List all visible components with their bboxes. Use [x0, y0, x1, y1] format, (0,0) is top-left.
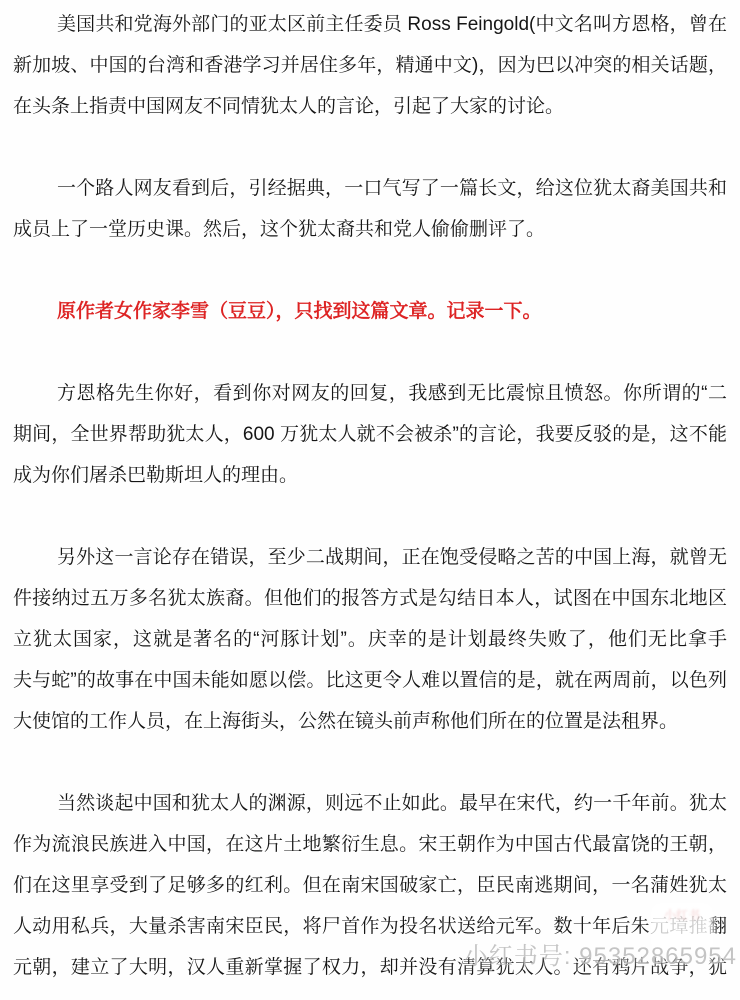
text-line: 期间，全世界帮助犹太人，600 万犹太人就不会被杀”的言论，我要反驳的是，这不能: [13, 414, 727, 455]
text-line: 立犹太国家，这就是著名的“河豚计划”。庆幸的是计划最终失败了，他们无比拿手的“农: [13, 619, 727, 660]
text-line: 一个路人网友看到后，引经据典，一口气写了一篇长文，给这位犹太裔美国共和党: [13, 168, 727, 209]
paragraph-author-note-red: 原作者女作家李雪（豆豆），只找到这篇文章。记录一下。: [13, 291, 727, 332]
text-line: 作为流浪民族进入中国，在这片土地繁衍生息。宋王朝作为中国古代最富饶的王朝，他: [13, 824, 727, 865]
paragraph-netizen-reply: 一个路人网友看到后，引经据典，一口气写了一篇长文，给这位犹太裔美国共和党 成员上…: [13, 168, 727, 250]
paragraph-intro: 美国共和党海外部门的亚太区前主任委员 Ross Feingold(中文名叫方恩格…: [13, 4, 727, 127]
text-line: 美国共和党海外部门的亚太区前主任委员 Ross Feingold(中文名叫方恩格…: [13, 4, 727, 45]
text-line: 另外这一言论存在错误，至少二战期间，正在饱受侵略之苦的中国上海，就曾无条: [13, 537, 727, 578]
text-line: 成员上了一堂历史课。然后，这个犹太裔共和党人偷偷删评了。: [13, 209, 727, 250]
text-line: 在头条上指责中国网友不同情犹太人的言论，引起了大家的讨论。: [13, 86, 727, 127]
text-line: 们在这里享受到了足够多的红利。但在南宋国破家亡，臣民南逃期间，一名蒲姓犹太商: [13, 865, 727, 906]
text-line: 新加坡、中国的台湾和香港学习并居住多年，精通中文)，因为巴以冲突的相关话题，: [13, 45, 727, 86]
xiaohongshu-logo-label: 小红书: [652, 906, 712, 923]
xiaohongshu-id-watermark: 小红书号: 95352865954: [464, 936, 737, 971]
text-line: 当然谈起中国和犹太人的渊源，则远不止如此。最早在宋代，约一千年前。犹太人: [13, 783, 727, 824]
paragraph-letter-opening: 方恩格先生你好，看到你对网友的回复，我感到无比震惊且愤怒。你所谓的“二战 期间，…: [13, 373, 727, 496]
text-line: 大使馆的工作人员，在上海街头，公然在镜头前声称他们所在的位置是法租界。: [13, 701, 727, 742]
text-line: 原作者女作家李雪（豆豆），只找到这篇文章。记录一下。: [13, 291, 727, 332]
paragraph-shanghai-history: 另外这一言论存在错误，至少二战期间，正在饱受侵略之苦的中国上海，就曾无条 件接纳…: [13, 537, 727, 742]
article-body: 美国共和党海外部门的亚太区前主任委员 Ross Feingold(中文名叫方恩格…: [0, 0, 740, 988]
text-line: 成为你们屠杀巴勒斯坦人的理由。: [13, 455, 727, 496]
text-line: 夫与蛇”的故事在中国未能如愿以偿。比这更令人难以置信的是，就在两周前，以色列: [13, 660, 727, 701]
text-line: 方恩格先生你好，看到你对网友的回复，我感到无比震惊且愤怒。你所谓的“二战: [13, 373, 727, 414]
text-line: 件接纳过五万多名犹太族裔。但他们的报答方式是勾结日本人，试图在中国东北地区建: [13, 578, 727, 619]
